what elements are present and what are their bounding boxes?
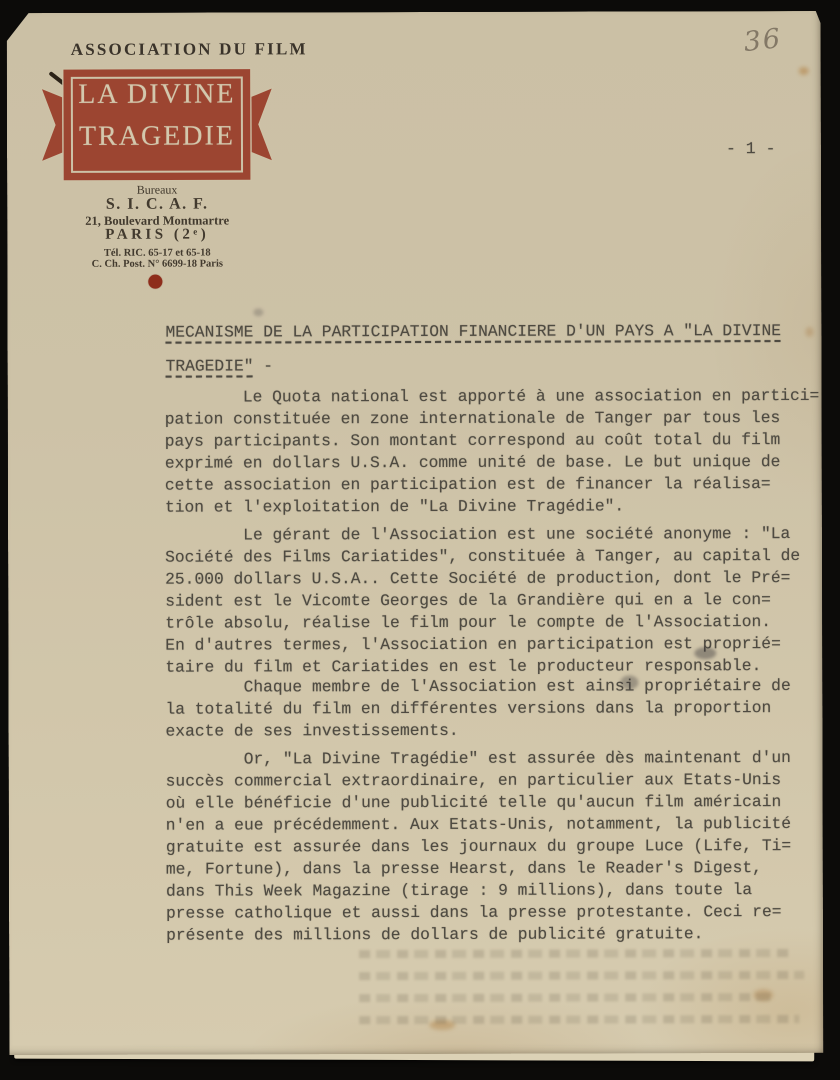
association-name: ASSOCIATION DU FILM xyxy=(71,39,308,60)
ink-smudge xyxy=(253,308,263,316)
postal-account-line: C. Ch. Post. N° 6699-18 Paris xyxy=(62,258,252,269)
page-number: - 1 - xyxy=(726,139,776,158)
logo-title-line2: TRAGEDIE xyxy=(63,120,251,152)
logo-left-wing xyxy=(41,88,63,162)
handwritten-folio-number: 36 xyxy=(742,23,783,58)
ink-smudge xyxy=(694,647,716,659)
red-ink-dot xyxy=(148,275,162,289)
paragraph-membres: Chaque membre de l'Association est ainsi… xyxy=(165,675,790,743)
ink-smudge xyxy=(620,675,638,689)
logo-right-wing xyxy=(251,87,273,161)
letterhead: ASSOCIATION DU FILM LA DIVINE TRAGEDIE B… xyxy=(7,11,821,13)
paper: ASSOCIATION DU FILM LA DIVINE TRAGEDIE B… xyxy=(7,11,824,1055)
company-name: S. I. C. A. F. xyxy=(62,195,252,213)
phone-line: Tél. RIC. 65-17 et 65-18 xyxy=(62,247,252,258)
document-title-suffix: - xyxy=(253,356,273,375)
document-title-line1: MECANISME DE LA PARTICIPATION FINANCIERE… xyxy=(165,321,781,342)
paragraph-publicite: Or, "La Divine Tragédie" est assurée dès… xyxy=(166,747,792,947)
foxing-stain xyxy=(799,67,809,75)
logo-title-line1: LA DIVINE xyxy=(63,78,251,110)
paragraph-quota: Le Quota national est apporté à une asso… xyxy=(165,385,820,519)
document-title-line2: TRAGEDIE" xyxy=(166,356,254,375)
scan-background: { "page": { "handwritten_number": "36", … xyxy=(0,0,840,1080)
bleed-through-text xyxy=(359,949,809,1038)
document-title: MECANISME DE LA PARTICIPATION FINANCIERE… xyxy=(165,314,781,384)
city-line: PARIS (2ᵉ) xyxy=(62,226,252,243)
foxing-stain xyxy=(805,327,813,337)
